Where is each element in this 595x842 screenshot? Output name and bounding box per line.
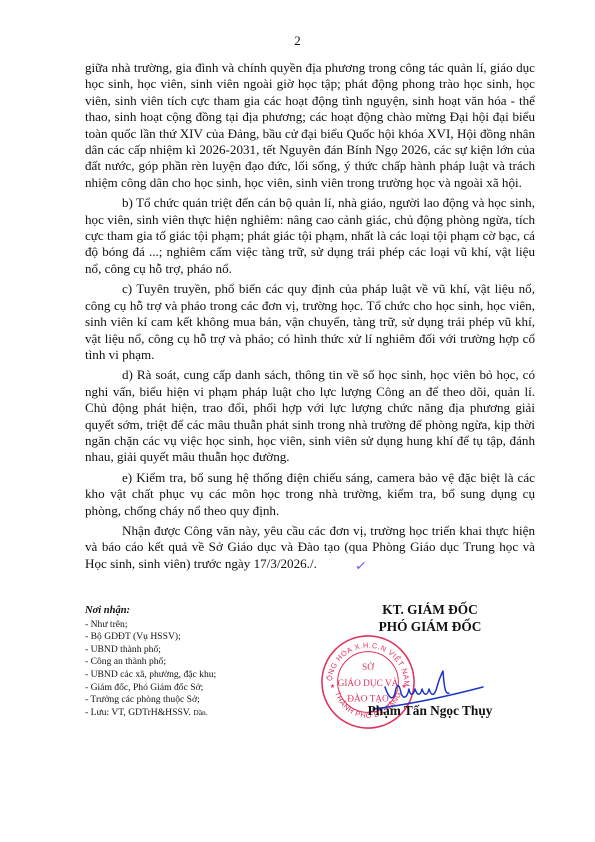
recipient-item: - Như trên;	[85, 619, 305, 632]
recipients-block: Nơi nhận: - Như trên; - Bộ GDĐT (Vụ HSSV…	[85, 605, 305, 719]
recipient-item: - UBND thành phố;	[85, 644, 305, 657]
recipient-item: - Trưởng các phòng thuộc Sở;	[85, 694, 305, 707]
recipient-item: - Lưu: VT, GDTrH&HSSV. Dần.	[85, 707, 305, 720]
recipient-item: - UBND các xã, phường, đặc khu;	[85, 669, 305, 682]
signature-block: KT. GIÁM ĐỐC PHÓ GIÁM ĐỐC CỘNG HÒA X.H.C…	[325, 601, 535, 635]
paragraph-closing: Nhận được Công văn này, yêu cầu các đơn …	[85, 523, 535, 572]
recipient-item: - Công an thành phố;	[85, 656, 305, 669]
recipients-heading: Nơi nhận:	[85, 605, 305, 618]
page-number: 2	[0, 33, 595, 49]
recipient-archive: - Lưu: VT, GDTrH&HSSV.	[85, 707, 191, 718]
signer-name: Phạm Tấn Ngọc Thụy	[325, 703, 535, 719]
paragraph-d: d) Rà soát, cung cấp danh sách, thông ti…	[85, 367, 535, 465]
paragraph-e: e) Kiểm tra, bổ sung hệ thống điện chiếu…	[85, 470, 535, 519]
check-mark-icon: ✓	[317, 556, 367, 573]
recipient-item: - Giám đốc, Phó Giám đốc Sở;	[85, 682, 305, 695]
document-body: giữa nhà trường, gia đình và chính quyền…	[85, 60, 535, 576]
paragraph-continuation: giữa nhà trường, gia đình và chính quyền…	[85, 60, 535, 191]
stamp-star-icon: ★	[330, 683, 335, 690]
closing-text: Nhận được Công văn này, yêu cầu các đơn …	[85, 523, 535, 571]
signature-title-1: KT. GIÁM ĐỐC	[325, 601, 535, 618]
paragraph-b: b) Tổ chức quán triệt đến cán bộ quản lí…	[85, 195, 535, 277]
recipient-item: - Bộ GDĐT (Vụ HSSV);	[85, 631, 305, 644]
paragraph-c: c) Tuyên truyền, phổ biến các quy định c…	[85, 281, 535, 363]
drafter-initial: Dần.	[193, 708, 207, 717]
